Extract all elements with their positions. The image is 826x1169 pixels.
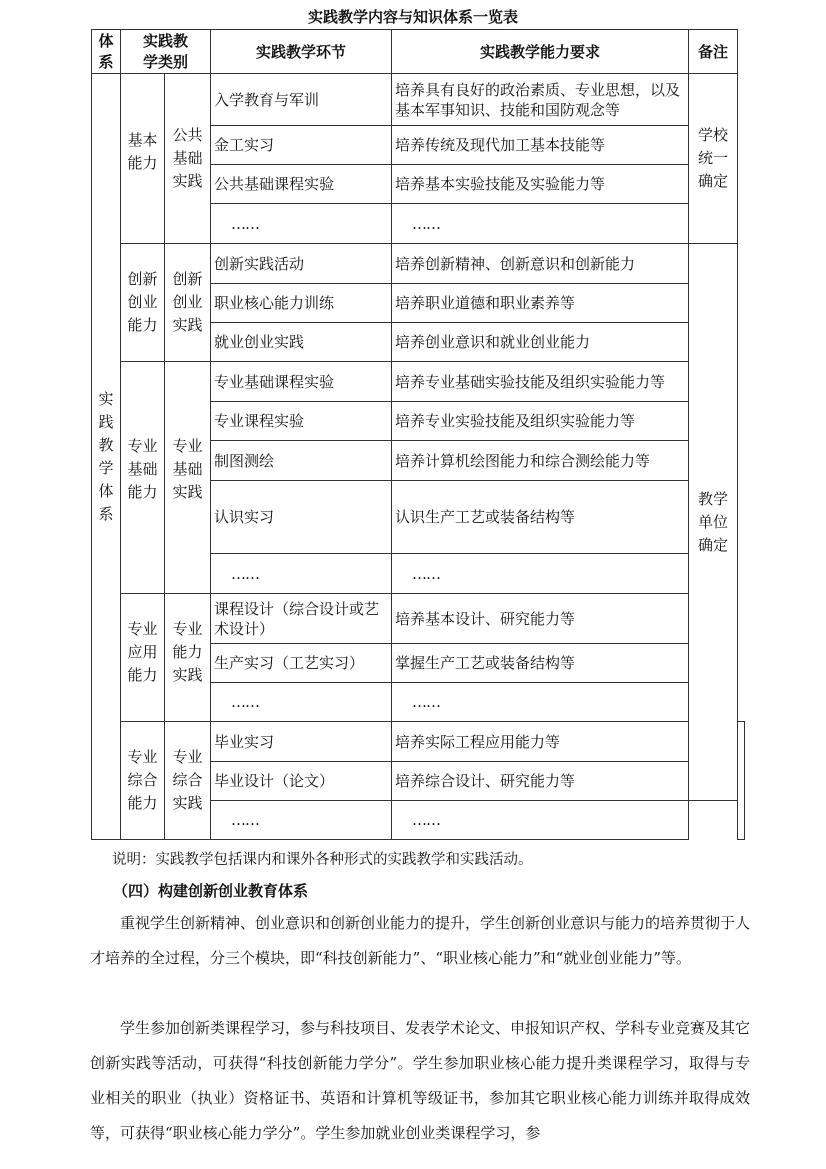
practice-cell: 专业综合实践 bbox=[165, 722, 211, 840]
ability-cell: 专业综合能力 bbox=[121, 722, 165, 840]
table-row: 实践教学体系 基本能力 公共基础实践 入学教育与军训 培养具有良好的政治素质、专… bbox=[92, 74, 745, 126]
practice-cell: 创新创业实践 bbox=[165, 244, 211, 362]
table-title: 实践教学内容与知识体系一览表 bbox=[0, 6, 826, 27]
link-cell: 金工实习 bbox=[211, 126, 392, 165]
requirement-cell: 培养基本实验技能及实验能力等 bbox=[392, 165, 689, 204]
paragraph: 学生参加创新类课程学习，参与科技项目、发表学术论文、申报知识产权、学科专业竞赛及… bbox=[90, 1011, 750, 1151]
section-heading: （四）构建创新创业教育体系 bbox=[113, 880, 308, 901]
link-cell: 毕业实习 bbox=[211, 722, 392, 762]
link-cell: …… bbox=[211, 204, 392, 244]
requirement-cell: 培养创新精神、创新意识和创新能力 bbox=[392, 244, 689, 284]
link-cell: 创新实践活动 bbox=[211, 244, 392, 284]
link-cell: 入学教育与军训 bbox=[211, 74, 392, 126]
header-link: 实践教学环节 bbox=[211, 30, 392, 74]
ability-cell: 专业应用能力 bbox=[121, 594, 165, 722]
remark-cell: 教学单位确定 bbox=[689, 244, 738, 801]
table-note: 说明：实践教学包括课内和课外各种形式的实践教学和实践活动。 bbox=[112, 848, 533, 869]
link-cell: …… bbox=[211, 683, 392, 722]
link-cell: …… bbox=[211, 554, 392, 594]
requirement-cell: …… bbox=[392, 204, 689, 244]
requirement-cell: 培养计算机绘图能力和综合测绘能力等 bbox=[392, 441, 689, 481]
practice-cell: 公共基础实践 bbox=[165, 74, 211, 244]
paragraph: 重视学生创新精神、创业意识和创新创业能力的提升，学生创新创业意识与能力的培养贯彻… bbox=[90, 906, 750, 976]
ability-cell: 基本能力 bbox=[121, 74, 165, 244]
ability-cell: 创新创业能力 bbox=[121, 244, 165, 362]
requirement-cell: 掌握生产工艺或装备结构等 bbox=[392, 644, 689, 683]
requirement-cell: 培养创业意识和就业创业能力 bbox=[392, 323, 689, 362]
practice-teaching-table: 体系 实践教学类别 实践教学环节 实践教学能力要求 备注 实践教学体系 基本能力… bbox=[91, 29, 745, 840]
requirement-cell: 培养职业道德和职业素养等 bbox=[392, 284, 689, 323]
ability-cell: 专业基础能力 bbox=[121, 362, 165, 594]
link-cell: 认识实习 bbox=[211, 481, 392, 554]
header-remark: 备注 bbox=[689, 30, 738, 74]
requirement-cell: 培养传统及现代加工基本技能等 bbox=[392, 126, 689, 165]
header-requirement: 实践教学能力要求 bbox=[392, 30, 689, 74]
link-cell: 就业创业实践 bbox=[211, 323, 392, 362]
link-cell: 专业课程实验 bbox=[211, 402, 392, 441]
link-cell: 职业核心能力训练 bbox=[211, 284, 392, 323]
link-cell: …… bbox=[211, 801, 392, 840]
remark-cell: 学校统一确定 bbox=[689, 74, 738, 244]
practice-cell: 专业能力实践 bbox=[165, 594, 211, 722]
practice-cell: 专业基础实践 bbox=[165, 362, 211, 594]
requirement-cell: …… bbox=[392, 554, 689, 594]
requirement-cell: 培养专业基础实验技能及组织实验能力等 bbox=[392, 362, 689, 402]
requirement-cell: 培养综合设计、研究能力等 bbox=[392, 762, 689, 801]
system-cell: 实践教学体系 bbox=[92, 74, 121, 840]
table-row: 专业应用能力 专业能力实践 课程设计（综合设计或艺术设计） 培养基本设计、研究能… bbox=[92, 594, 745, 644]
table-header-row: 体系 实践教学类别 实践教学环节 实践教学能力要求 备注 bbox=[92, 30, 745, 74]
requirement-cell: 培养基本设计、研究能力等 bbox=[392, 594, 689, 644]
link-cell: 课程设计（综合设计或艺术设计） bbox=[211, 594, 392, 644]
table-row: 专业基础能力 专业基础实践 专业基础课程实验 培养专业基础实验技能及组织实验能力… bbox=[92, 362, 745, 402]
header-system: 体系 bbox=[92, 30, 121, 74]
link-cell: 生产实习（工艺实习） bbox=[211, 644, 392, 683]
link-cell: 毕业设计（论文） bbox=[211, 762, 392, 801]
requirement-cell: 培养专业实验技能及组织实验能力等 bbox=[392, 402, 689, 441]
table-row: 创新创业能力 创新创业实践 创新实践活动 培养创新精神、创新意识和创新能力 教学… bbox=[92, 244, 745, 284]
header-category: 实践教学类别 bbox=[121, 30, 211, 74]
requirement-cell: …… bbox=[392, 801, 689, 840]
table-row: 专业综合能力 专业综合实践 毕业实习 培养实际工程应用能力等 bbox=[92, 722, 745, 762]
link-cell: 制图测绘 bbox=[211, 441, 392, 481]
requirement-cell: 培养具有良好的政治素质、专业思想，以及基本军事知识、技能和国防观念等 bbox=[392, 74, 689, 126]
requirement-cell: 培养实际工程应用能力等 bbox=[392, 722, 689, 762]
link-cell: 专业基础课程实验 bbox=[211, 362, 392, 402]
remark-cell-empty bbox=[738, 722, 745, 840]
link-cell: 公共基础课程实验 bbox=[211, 165, 392, 204]
requirement-cell: 认识生产工艺或装备结构等 bbox=[392, 481, 689, 554]
requirement-cell: …… bbox=[392, 683, 689, 722]
